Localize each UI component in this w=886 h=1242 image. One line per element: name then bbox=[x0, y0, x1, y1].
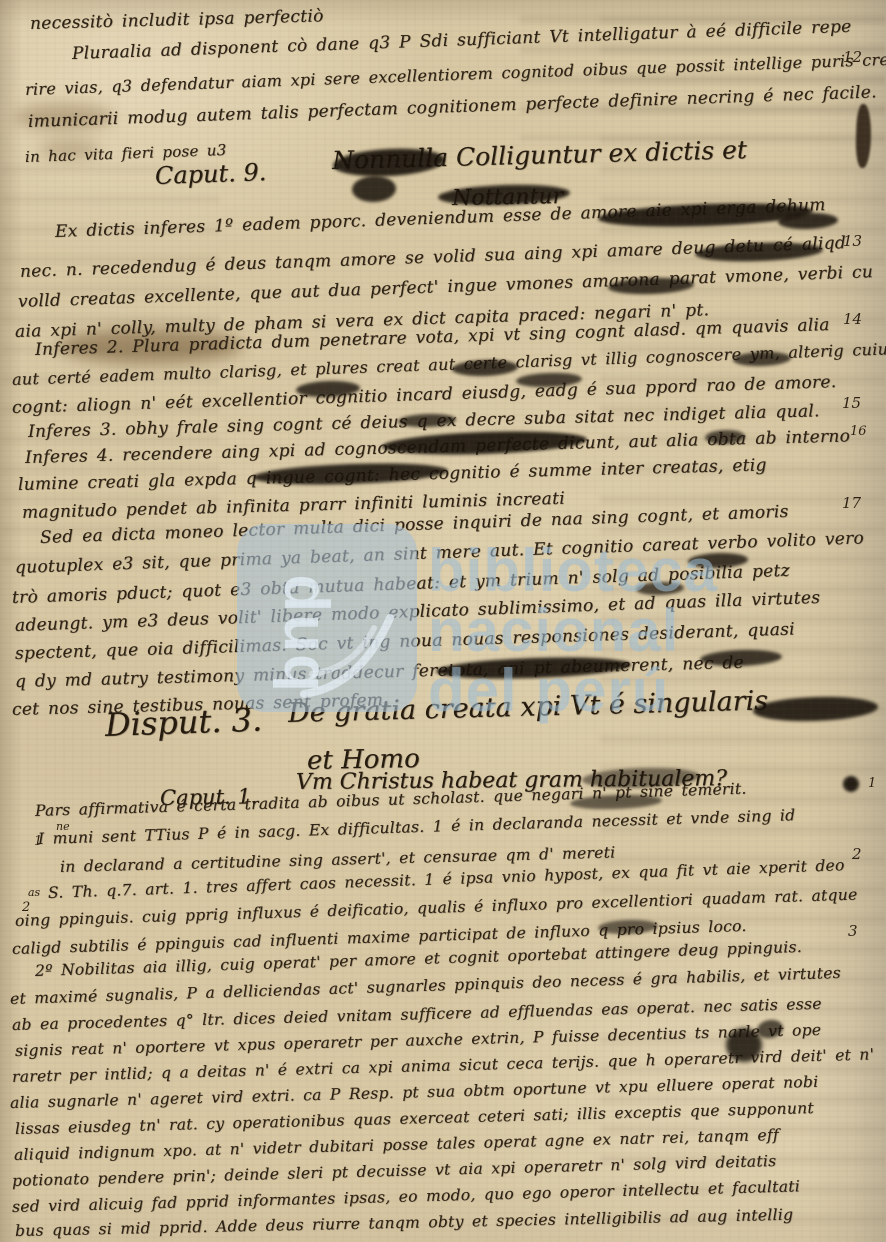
margin-note: ne bbox=[56, 820, 70, 833]
margin-number: 16 bbox=[850, 424, 867, 439]
ink-dot bbox=[843, 776, 859, 792]
page-edge-tear bbox=[855, 104, 872, 168]
margin-number: 17 bbox=[842, 494, 861, 512]
handwriting-line: necessitò includit ipsa perfectiò bbox=[30, 6, 324, 34]
chapter-label-caput9: Caput. 9. bbox=[155, 158, 267, 190]
margin-note: as bbox=[28, 886, 40, 899]
ink-blot bbox=[352, 175, 397, 203]
margin-number: 14 bbox=[843, 310, 862, 328]
manuscript-page: necessitò includit ipsa perfectiò Pluraa… bbox=[0, 0, 886, 1242]
ink-blot bbox=[753, 695, 879, 723]
margin-note: 2 bbox=[22, 900, 30, 915]
margin-number: 2 bbox=[852, 845, 862, 863]
watermark-text-line3: del perú bbox=[428, 656, 669, 725]
watermark-text-line2: nacional bbox=[428, 596, 679, 665]
ink-blot bbox=[726, 1028, 762, 1062]
margin-number: 13 bbox=[843, 232, 862, 250]
margin-number: 1 bbox=[868, 776, 876, 791]
margin-number: 15 bbox=[842, 394, 861, 412]
margin-note: 1 bbox=[34, 834, 42, 849]
ink-blot bbox=[700, 649, 783, 668]
watermark-swoosh-icon bbox=[298, 596, 416, 704]
margin-number: 12 bbox=[843, 48, 862, 66]
margin-number: 3 bbox=[848, 922, 858, 940]
watermark-text-line1: biblioteca bbox=[428, 536, 718, 605]
disputation-label: Disput. 3. bbox=[104, 701, 262, 744]
